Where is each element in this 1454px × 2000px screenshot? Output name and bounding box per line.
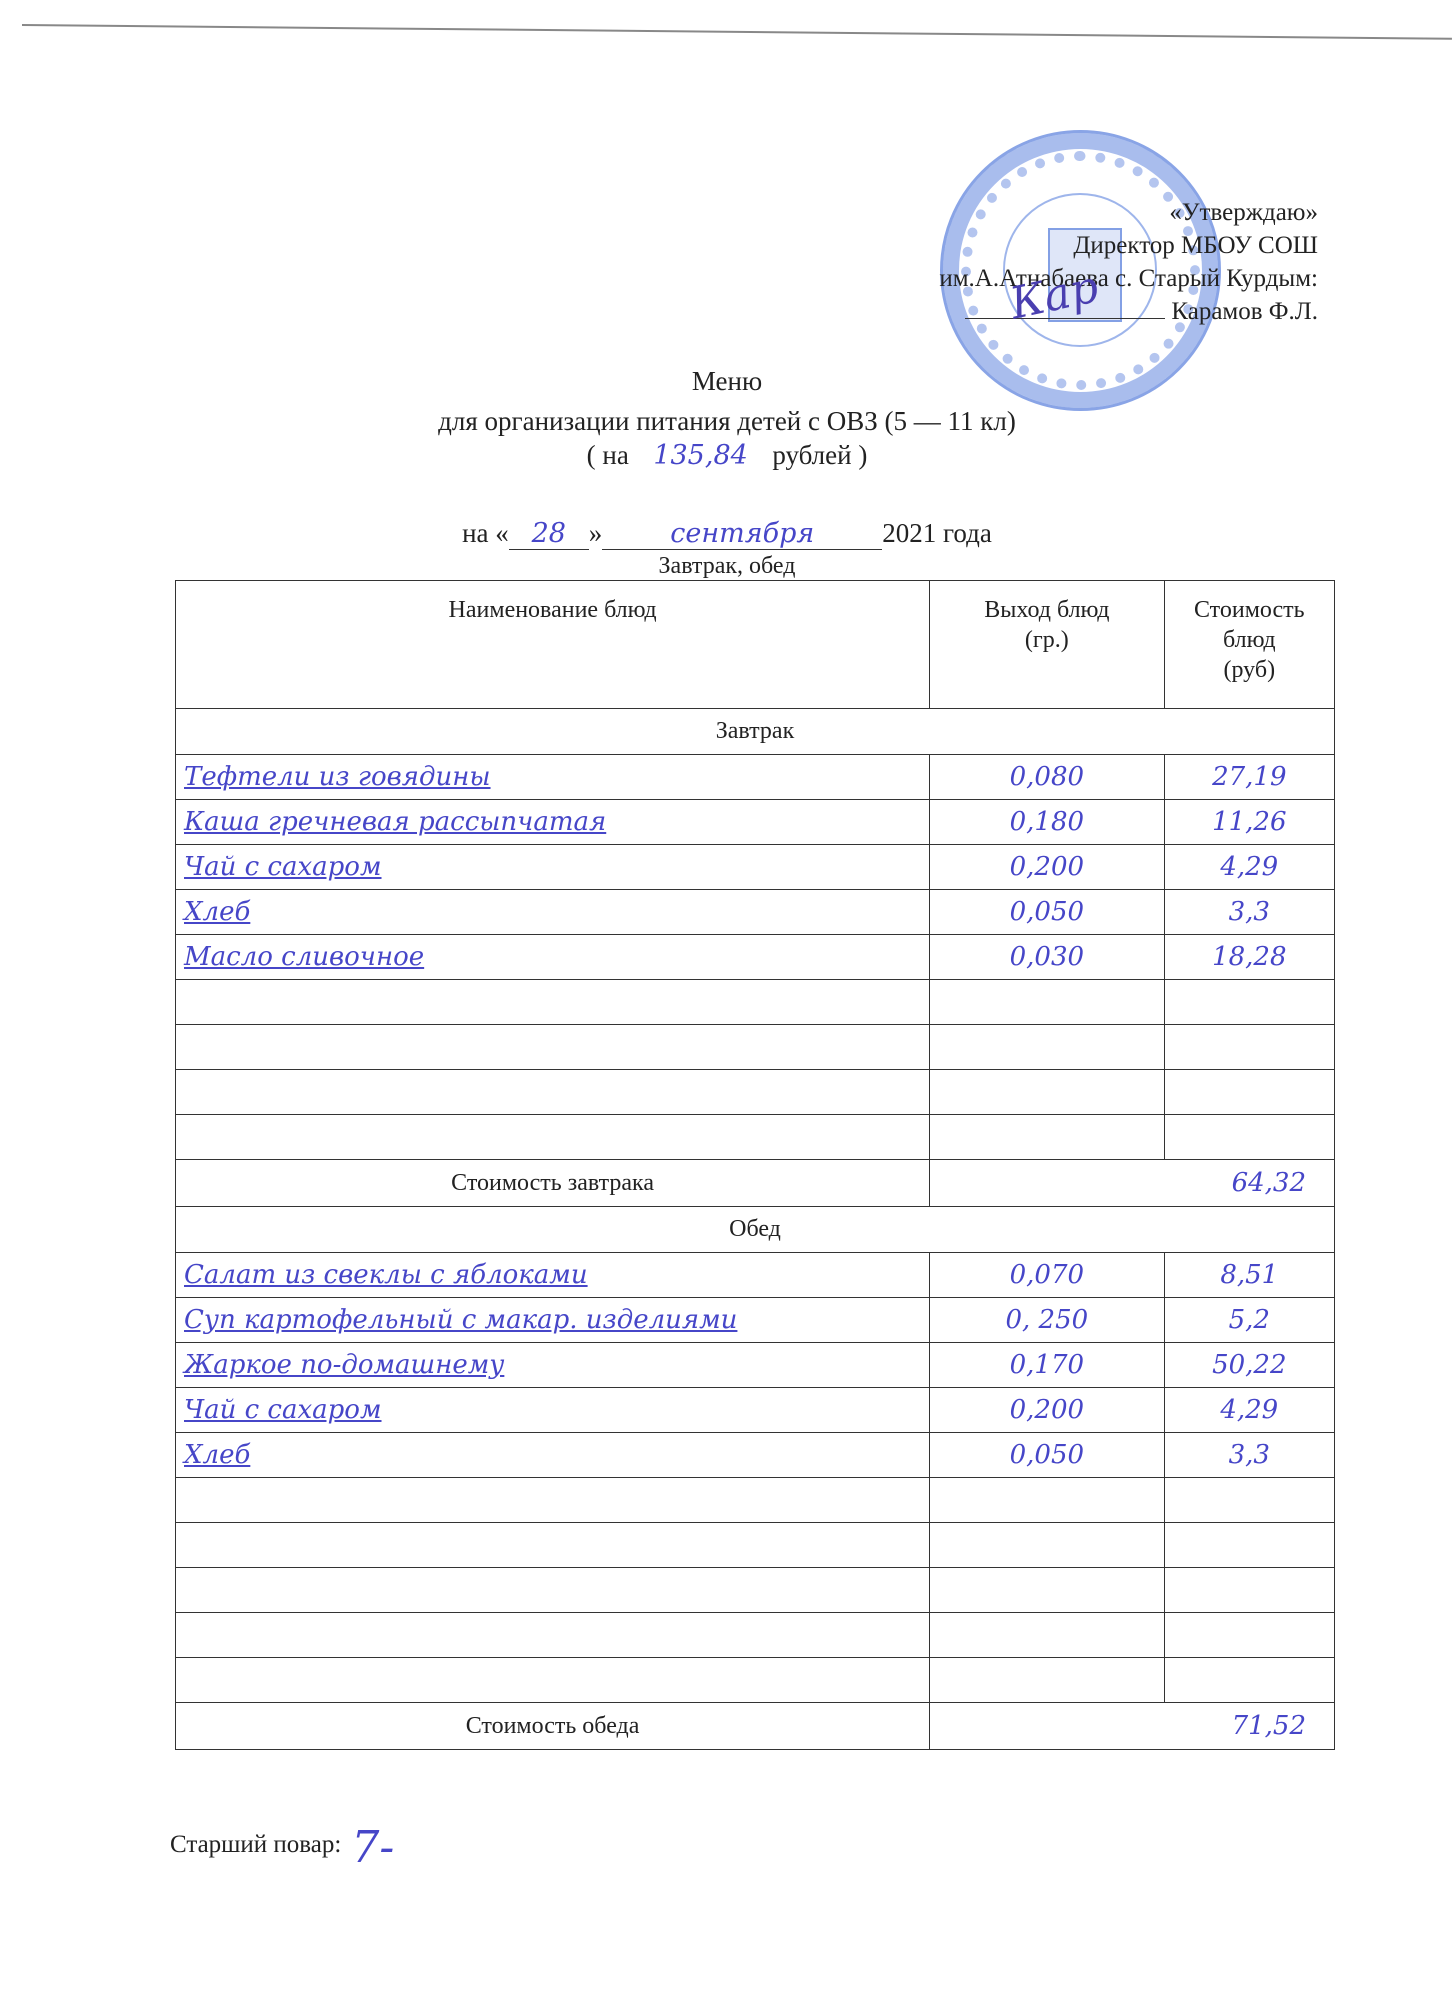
column-header-dish: Наименование блюд [176, 581, 930, 709]
breakfast-section-label: Завтрак [176, 709, 1335, 755]
empty-cost-cell [1164, 1115, 1334, 1160]
date-prefix: на « [462, 518, 509, 548]
dish-name: Тефтели из говядины [176, 762, 491, 792]
empty-row [176, 1613, 1335, 1658]
column-header-yield: Выход блюд(гр.) [930, 581, 1164, 709]
scan-edge-line [22, 24, 1452, 40]
lunch-total-row: Стоимость обеда71,52 [176, 1703, 1335, 1750]
yield-cell: 0, 250 [930, 1298, 1164, 1343]
menu-table: Наименование блюд Выход блюд(гр.) Стоимо… [175, 580, 1335, 1750]
table-row: Хлеб0,0503,3 [176, 890, 1335, 935]
yield-cell: 0,200 [930, 1388, 1164, 1433]
empty-row [176, 1115, 1335, 1160]
approval-name: Карамов Ф.Л. [1171, 298, 1318, 325]
document-title: Меню [0, 366, 1454, 397]
empty-cost-cell [1164, 1658, 1334, 1703]
yield-cell: 0,070 [930, 1253, 1164, 1298]
empty-yield-cell [930, 980, 1164, 1025]
empty-dish-cell [176, 1568, 930, 1613]
empty-row [176, 1568, 1335, 1613]
yield-cell: 0,180 [930, 800, 1164, 845]
date-day: 28 [509, 518, 589, 550]
empty-dish-cell [176, 1025, 930, 1070]
lunch-total-label: Стоимость обеда [176, 1703, 930, 1750]
empty-dish-cell [176, 1658, 930, 1703]
cost-cell: 8,51 [1164, 1253, 1334, 1298]
dish-cell: Хлеб [176, 890, 930, 935]
empty-dish-cell [176, 1115, 930, 1160]
breakfast-section-row: Завтрак [176, 709, 1335, 755]
empty-cost-cell [1164, 1613, 1334, 1658]
table-row: Масло сливочное0,03018,28 [176, 935, 1335, 980]
empty-dish-cell [176, 1613, 930, 1658]
column-header-cost: Стоимостьблюд(руб) [1164, 581, 1334, 709]
empty-row [176, 980, 1335, 1025]
footer-cook: Старший повар:7- [170, 1822, 394, 1873]
breakfast-total-value: 64,32 [930, 1160, 1335, 1207]
dish-cell: Каша гречневая рассыпчатая [176, 800, 930, 845]
cook-signature: 7- [351, 1822, 394, 1873]
lunch-section-label: Обед [176, 1207, 1335, 1253]
empty-yield-cell [930, 1658, 1164, 1703]
yield-cell: 0,080 [930, 755, 1164, 800]
yield-cell: 0,030 [930, 935, 1164, 980]
dish-cell: Салат из свеклы с яблоками [176, 1253, 930, 1298]
empty-yield-cell [930, 1115, 1164, 1160]
empty-cost-cell [1164, 1070, 1334, 1115]
cost-cell: 18,28 [1164, 935, 1334, 980]
empty-yield-cell [930, 1523, 1164, 1568]
cost-cell: 11,26 [1164, 800, 1334, 845]
yield-cell: 0,170 [930, 1343, 1164, 1388]
dish-name: Хлеб [176, 897, 250, 927]
cost-cell: 5,2 [1164, 1298, 1334, 1343]
empty-yield-cell [930, 1568, 1164, 1613]
dish-cell: Жаркое по-домашнему [176, 1343, 930, 1388]
date-year: 2021 года [882, 518, 992, 548]
empty-row [176, 1070, 1335, 1115]
empty-cost-cell [1164, 1523, 1334, 1568]
empty-row [176, 1025, 1335, 1070]
approval-school: им.А.Атнабаева с. Старый Курдым: [939, 262, 1318, 295]
empty-dish-cell [176, 1523, 930, 1568]
approval-name-line: Карамов Ф.Л. [939, 295, 1318, 328]
empty-dish-cell [176, 1070, 930, 1115]
cost-cell: 3,3 [1164, 890, 1334, 935]
cost-cell: 50,22 [1164, 1343, 1334, 1388]
dish-name: Жаркое по-домашнему [176, 1350, 504, 1380]
dish-cell: Хлеб [176, 1433, 930, 1478]
table-row: Каша гречневая рассыпчатая0,18011,26 [176, 800, 1335, 845]
table-row: Салат из свеклы с яблоками0,0708,51 [176, 1253, 1335, 1298]
date-month: сентября [602, 518, 882, 550]
cook-label: Старший повар: [170, 1831, 341, 1858]
budget-line: ( на 135,84 рублей ) [0, 440, 1454, 471]
dish-name: Суп картофельный с макар. изделиями [176, 1305, 737, 1335]
empty-dish-cell [176, 980, 930, 1025]
date-mid: » [589, 518, 603, 548]
table-row: Чай с сахаром0,2004,29 [176, 845, 1335, 890]
breakfast-total-label: Стоимость завтрака [176, 1160, 930, 1207]
dish-cell: Тефтели из говядины [176, 755, 930, 800]
dish-name: Чай с сахаром [176, 852, 382, 882]
document-subtitle: для организации питания детей с ОВЗ (5 —… [0, 406, 1454, 437]
yield-cell: 0,200 [930, 845, 1164, 890]
dish-name: Масло сливочное [176, 942, 424, 972]
yield-cell: 0,050 [930, 1433, 1164, 1478]
budget-suffix: рублей ) [772, 440, 867, 470]
dish-cell: Масло сливочное [176, 935, 930, 980]
approval-position: Директор МБОУ СОШ [939, 229, 1318, 262]
table-row: Чай с сахаром0,2004,29 [176, 1388, 1335, 1433]
empty-row [176, 1523, 1335, 1568]
empty-row [176, 1478, 1335, 1523]
empty-cost-cell [1164, 1478, 1334, 1523]
cost-cell: 4,29 [1164, 845, 1334, 890]
dish-cell: Чай с сахаром [176, 845, 930, 890]
cost-cell: 4,29 [1164, 1388, 1334, 1433]
yield-cell: 0,050 [930, 890, 1164, 935]
table-row: Жаркое по-домашнему0,17050,22 [176, 1343, 1335, 1388]
dish-cell: Чай с сахаром [176, 1388, 930, 1433]
approval-heading: «Утверждаю» [939, 196, 1318, 229]
dish-cell: Суп картофельный с макар. изделиями [176, 1298, 930, 1343]
empty-yield-cell [930, 1025, 1164, 1070]
empty-cost-cell [1164, 1568, 1334, 1613]
cost-cell: 27,19 [1164, 755, 1334, 800]
dish-name: Салат из свеклы с яблоками [176, 1260, 588, 1290]
empty-row [176, 1658, 1335, 1703]
empty-yield-cell [930, 1478, 1164, 1523]
lunch-section-row: Обед [176, 1207, 1335, 1253]
table-caption: Завтрак, обед [0, 553, 1454, 580]
budget-amount: 135,84 [636, 440, 766, 471]
table-header-row: Наименование блюд Выход блюд(гр.) Стоимо… [176, 581, 1335, 709]
table-row: Тефтели из говядины0,08027,19 [176, 755, 1335, 800]
empty-dish-cell [176, 1478, 930, 1523]
table-row: Хлеб0,0503,3 [176, 1433, 1335, 1478]
approval-block: «Утверждаю» Директор МБОУ СОШ им.А.Атнаб… [939, 196, 1318, 328]
dish-name: Чай с сахаром [176, 1395, 382, 1425]
empty-yield-cell [930, 1070, 1164, 1115]
budget-prefix: ( на [587, 440, 629, 470]
dish-name: Каша гречневая рассыпчатая [176, 807, 606, 837]
empty-cost-cell [1164, 1025, 1334, 1070]
date-line: на «28»сентября2021 года [0, 518, 1454, 550]
empty-yield-cell [930, 1613, 1164, 1658]
breakfast-total-row: Стоимость завтрака64,32 [176, 1160, 1335, 1207]
lunch-total-value: 71,52 [930, 1703, 1335, 1750]
cost-cell: 3,3 [1164, 1433, 1334, 1478]
table-row: Суп картофельный с макар. изделиями0, 25… [176, 1298, 1335, 1343]
dish-name: Хлеб [176, 1440, 250, 1470]
empty-cost-cell [1164, 980, 1334, 1025]
